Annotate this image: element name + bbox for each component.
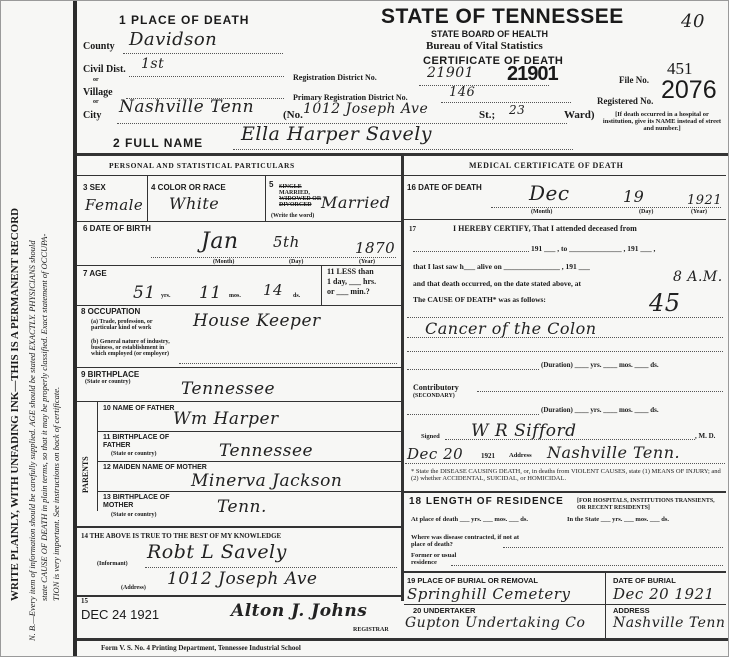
city-value: Nashville Tenn (119, 97, 254, 117)
undertaker-label: 20 UNDERTAKER (413, 606, 475, 615)
reg-district-label: Registration District No. (293, 73, 377, 82)
race-label: 4 COLOR OR RACE (151, 183, 226, 192)
county-label: County (83, 41, 115, 52)
primary-reg-label: Primary Registration District No. (293, 93, 408, 102)
physician-signature: W R Sifford (471, 421, 577, 441)
ward-label: Ward) (564, 109, 595, 121)
medical-heading: MEDICAL CERTIFICATE OF DEATH (469, 161, 623, 170)
sidebar-line-1: WRITE PLAINLY, WITH UNFADING INK—THIS IS… (9, 21, 21, 601)
full-name-label: 2 FULL NAME (113, 136, 203, 150)
birthplace-label: 9 BIRTHPLACE (81, 370, 139, 379)
contributory-label: Contributory (413, 383, 459, 392)
age-years: 51 (133, 283, 156, 303)
informant-address-value: 1012 Joseph Ave (167, 569, 318, 589)
age-label: 7 AGE (83, 269, 107, 278)
mother-birthplace-label: 13 BIRTHPLACE OF MOTHER (103, 494, 193, 510)
less-than-block: 11 LESS than 1 day, ___ hrs. or ___ min.… (327, 267, 376, 297)
mother-birthplace-value: Tenn. (217, 497, 267, 517)
death-certificate: WRITE PLAINLY, WITH UNFADING INK—THIS IS… (0, 0, 729, 657)
dod-label: 16 DATE OF DEATH (407, 183, 482, 192)
dob-month: Jan (201, 229, 239, 254)
dob-day: 5th (273, 233, 300, 251)
village-label: Village (83, 87, 113, 98)
registered-no-value: 2076 (661, 76, 717, 105)
undertaker-address-label: ADDRESS (613, 606, 650, 615)
cause-footnote: * State the DISEASE CAUSING DEATH, or, i… (411, 468, 723, 482)
burial-label: 19 PLACE OF BURIAL OR REMOVAL (407, 576, 538, 585)
burial-date-label: DATE OF BURIAL (613, 576, 676, 585)
city-label: City (83, 110, 101, 121)
street-no-label: (No. (283, 109, 303, 121)
street-value: 1012 Joseph Ave (303, 101, 428, 117)
occupation-label: 8 OCCUPATION (81, 307, 140, 316)
undertaker-address: Nashville Tenn (613, 615, 725, 631)
civil-dist-value: 1st (141, 56, 164, 72)
dod-day: 19 (623, 187, 644, 206)
filed-date-stamp: DEC 24 1921 (81, 607, 159, 622)
birthplace-value: Tennessee (181, 379, 275, 399)
state-title: STATE OF TENNESSEE (381, 5, 624, 29)
registrar-signature: Alton J. Johns (231, 601, 367, 621)
dod-year: 1921 (687, 193, 722, 208)
dob-year: 1870 (355, 239, 395, 257)
civil-dist-label: Civil Dist. (83, 64, 126, 75)
instructions-sidebar: WRITE PLAINLY, WITH UNFADING INK—THIS IS… (1, 1, 73, 656)
undertaker-value: Gupton Undertaking Co (405, 615, 585, 631)
parents-label: PARENTS (81, 456, 90, 493)
sidebar-line-4: TION is very important. See instructions… (51, 387, 61, 601)
stamp-number: 21901 (507, 63, 558, 86)
pane-divider (401, 153, 404, 601)
marital-hint: (Write the word) (271, 213, 314, 219)
age-months: 11 (199, 283, 222, 303)
certify-text: I HEREBY CERTIFY, That I attended deceas… (453, 224, 637, 233)
at-place-residence: At place of death ___ yrs. ___ mos. ___ … (411, 516, 581, 523)
personal-heading: PERSONAL AND STATISTICAL PARTICULARS (109, 161, 295, 170)
sidebar-line-3: state CAUSE OF DEATH in plain terms, so … (39, 234, 49, 601)
burial-date: Dec 20 1921 (613, 585, 715, 603)
cause-value: Cancer of the Colon (425, 319, 597, 338)
residence-label: 18 LENGTH OF RESIDENCE (409, 496, 564, 507)
in-state-residence: In the State ___ yrs. ___ mos. ___ ds. (567, 516, 723, 523)
sex-value: Female (85, 196, 143, 214)
primary-reg-value: 146 (449, 85, 475, 100)
cause-code: 45 (649, 289, 681, 317)
sidebar-line-2: N. B.—Every item of information should b… (27, 240, 37, 641)
board-title: STATE BOARD OF HEALTH (431, 29, 548, 39)
father-birthplace-label: 11 BIRTHPLACE OF FATHER (103, 434, 193, 450)
signed-date: Dec 20 (407, 445, 463, 463)
father-name-label: 10 NAME OF FATHER (103, 405, 174, 413)
county-value: Davidson (129, 29, 217, 50)
occupation-value: House Keeper (193, 311, 321, 331)
registered-no-label: Registered No. (597, 96, 653, 106)
place-of-death-heading: 1 PLACE OF DEATH (119, 13, 249, 27)
death-time: 8 A.M. (673, 269, 723, 285)
informant-value: Robt L Savely (147, 541, 287, 563)
full-name-value: Ella Harper Savely (241, 123, 432, 145)
marital-options: SINGLE MARRIED, WIDOWED OR DIVORCED (279, 184, 321, 208)
marital-value: Married (321, 193, 391, 212)
mother-maiden-value: Minerva Jackson (191, 471, 342, 491)
dob-label: 6 DATE OF BIRTH (83, 224, 151, 233)
reg-district-value: 21901 (427, 65, 474, 81)
sex-label: 3 SEX (83, 183, 106, 192)
age-days: 14 (263, 281, 283, 299)
bureau-title: Bureau of Vital Statistics (426, 40, 543, 52)
corner-note: 40 (681, 11, 705, 32)
cause-label: The CAUSE OF DEATH* was as follows: (413, 295, 546, 304)
father-birthplace-value: Tennessee (219, 441, 313, 461)
institution-note: [If death occurred in a hospital or inst… (601, 111, 723, 132)
burial-place: Springhill Cemetery (407, 585, 570, 603)
race-value: White (169, 194, 219, 213)
st-label: St.; (479, 109, 495, 121)
marital-label: 5 (269, 180, 273, 189)
father-name-value: Wm Harper (173, 409, 279, 429)
true-statement-label: 14 THE ABOVE IS TRUE TO THE BEST OF MY K… (81, 532, 281, 540)
physician-address: Nashville Tenn. (547, 443, 680, 462)
sidebar-border (73, 1, 77, 656)
ward-value: 23 (509, 103, 525, 117)
file-no-label: File No. (619, 75, 649, 85)
form-footer: Form V. S. No. 4 Printing Department, Te… (101, 644, 301, 652)
dod-month: Dec (529, 181, 570, 205)
